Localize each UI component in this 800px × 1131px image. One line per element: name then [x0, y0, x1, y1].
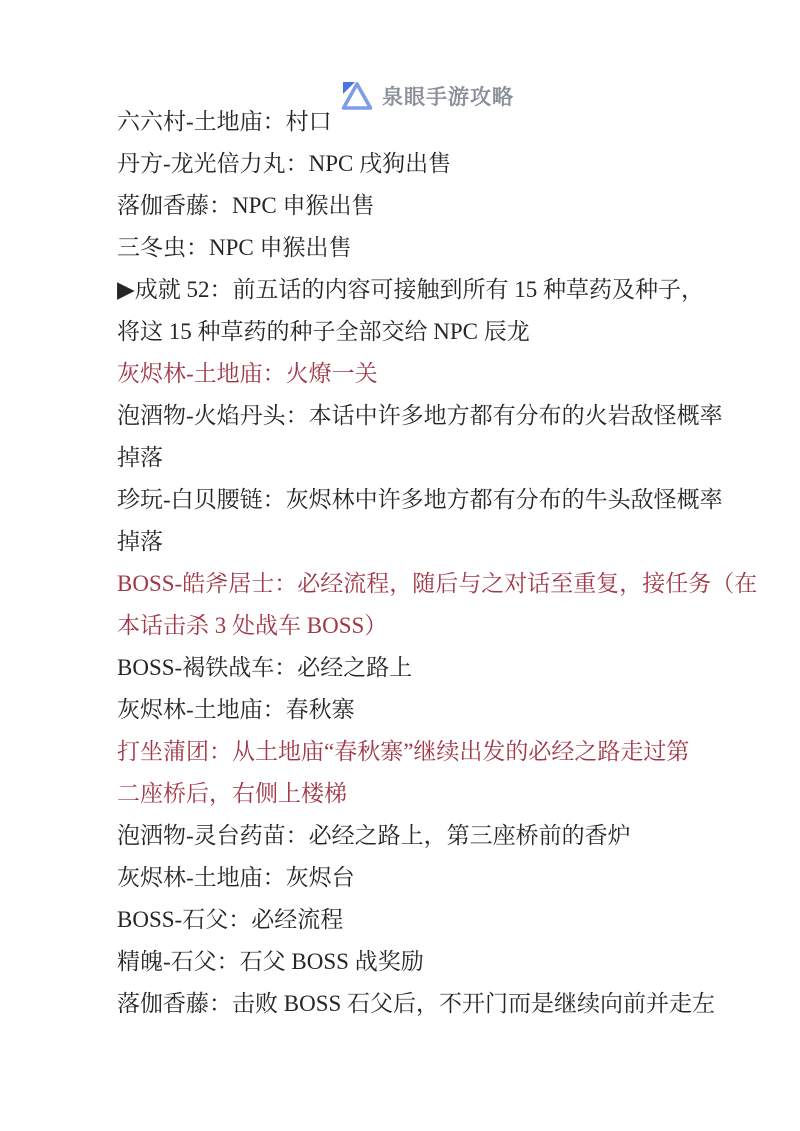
text-line: 落伽香藤：击败 BOSS 石父后，不开门而是继续向前并走左 [117, 983, 707, 1025]
text-line: 本话击杀 3 处战车 BOSS） [117, 605, 707, 647]
text-line: BOSS-皓斧居士：必经流程，随后与之对话至重复，接任务（在 [117, 563, 707, 605]
text-line: 珍玩-白贝腰链：灰烬林中许多地方都有分布的牛头敌怪概率 [117, 479, 707, 521]
text-line: 泡酒物-火焰丹头：本话中许多地方都有分布的火岩敌怪概率 [117, 395, 707, 437]
text-line: 丹方-龙光倍力丸：NPC 戌狗出售 [117, 143, 707, 185]
text-line: BOSS-石父：必经流程 [117, 899, 707, 941]
text-line: 三冬虫：NPC 申猴出售 [117, 227, 707, 269]
text-line: 灰烬林-土地庙：火燎一关 [117, 353, 707, 395]
text-line: 二座桥后，右侧上楼梯 [117, 773, 707, 815]
text-line: ▶成就 52：前五话的内容可接触到所有 15 种草药及种子， [117, 269, 707, 311]
text-line: 六六村-土地庙：村口 [117, 101, 707, 143]
text-line: 泡洒物-灵台药苗：必经之路上，第三座桥前的香炉 [117, 815, 707, 857]
text-line: 掉落 [117, 521, 707, 563]
text-line: 精魄-石父：石父 BOSS 战奖励 [117, 941, 707, 983]
text-line: 灰烬林-土地庙：灰烬台 [117, 857, 707, 899]
text-line: 灰烬林-土地庙：春秋寨 [117, 689, 707, 731]
text-line: BOSS-褐铁战车：必经之路上 [117, 647, 707, 689]
text-line: 掉落 [117, 437, 707, 479]
document-page: 泉眼手游攻略 六六村-土地庙：村口 丹方-龙光倍力丸：NPC 戌狗出售 落伽香藤… [0, 0, 800, 1131]
text-line: 落伽香藤：NPC 申猴出售 [117, 185, 707, 227]
text-line: 将这 15 种草药的种子全部交给 NPC 辰龙 [117, 311, 707, 353]
text-line: 打坐蒲团：从土地庙“春秋寨”继续出发的必经之路走过第 [117, 731, 707, 773]
guide-text-content: 六六村-土地庙：村口 丹方-龙光倍力丸：NPC 戌狗出售 落伽香藤：NPC 申猴… [117, 101, 707, 1025]
